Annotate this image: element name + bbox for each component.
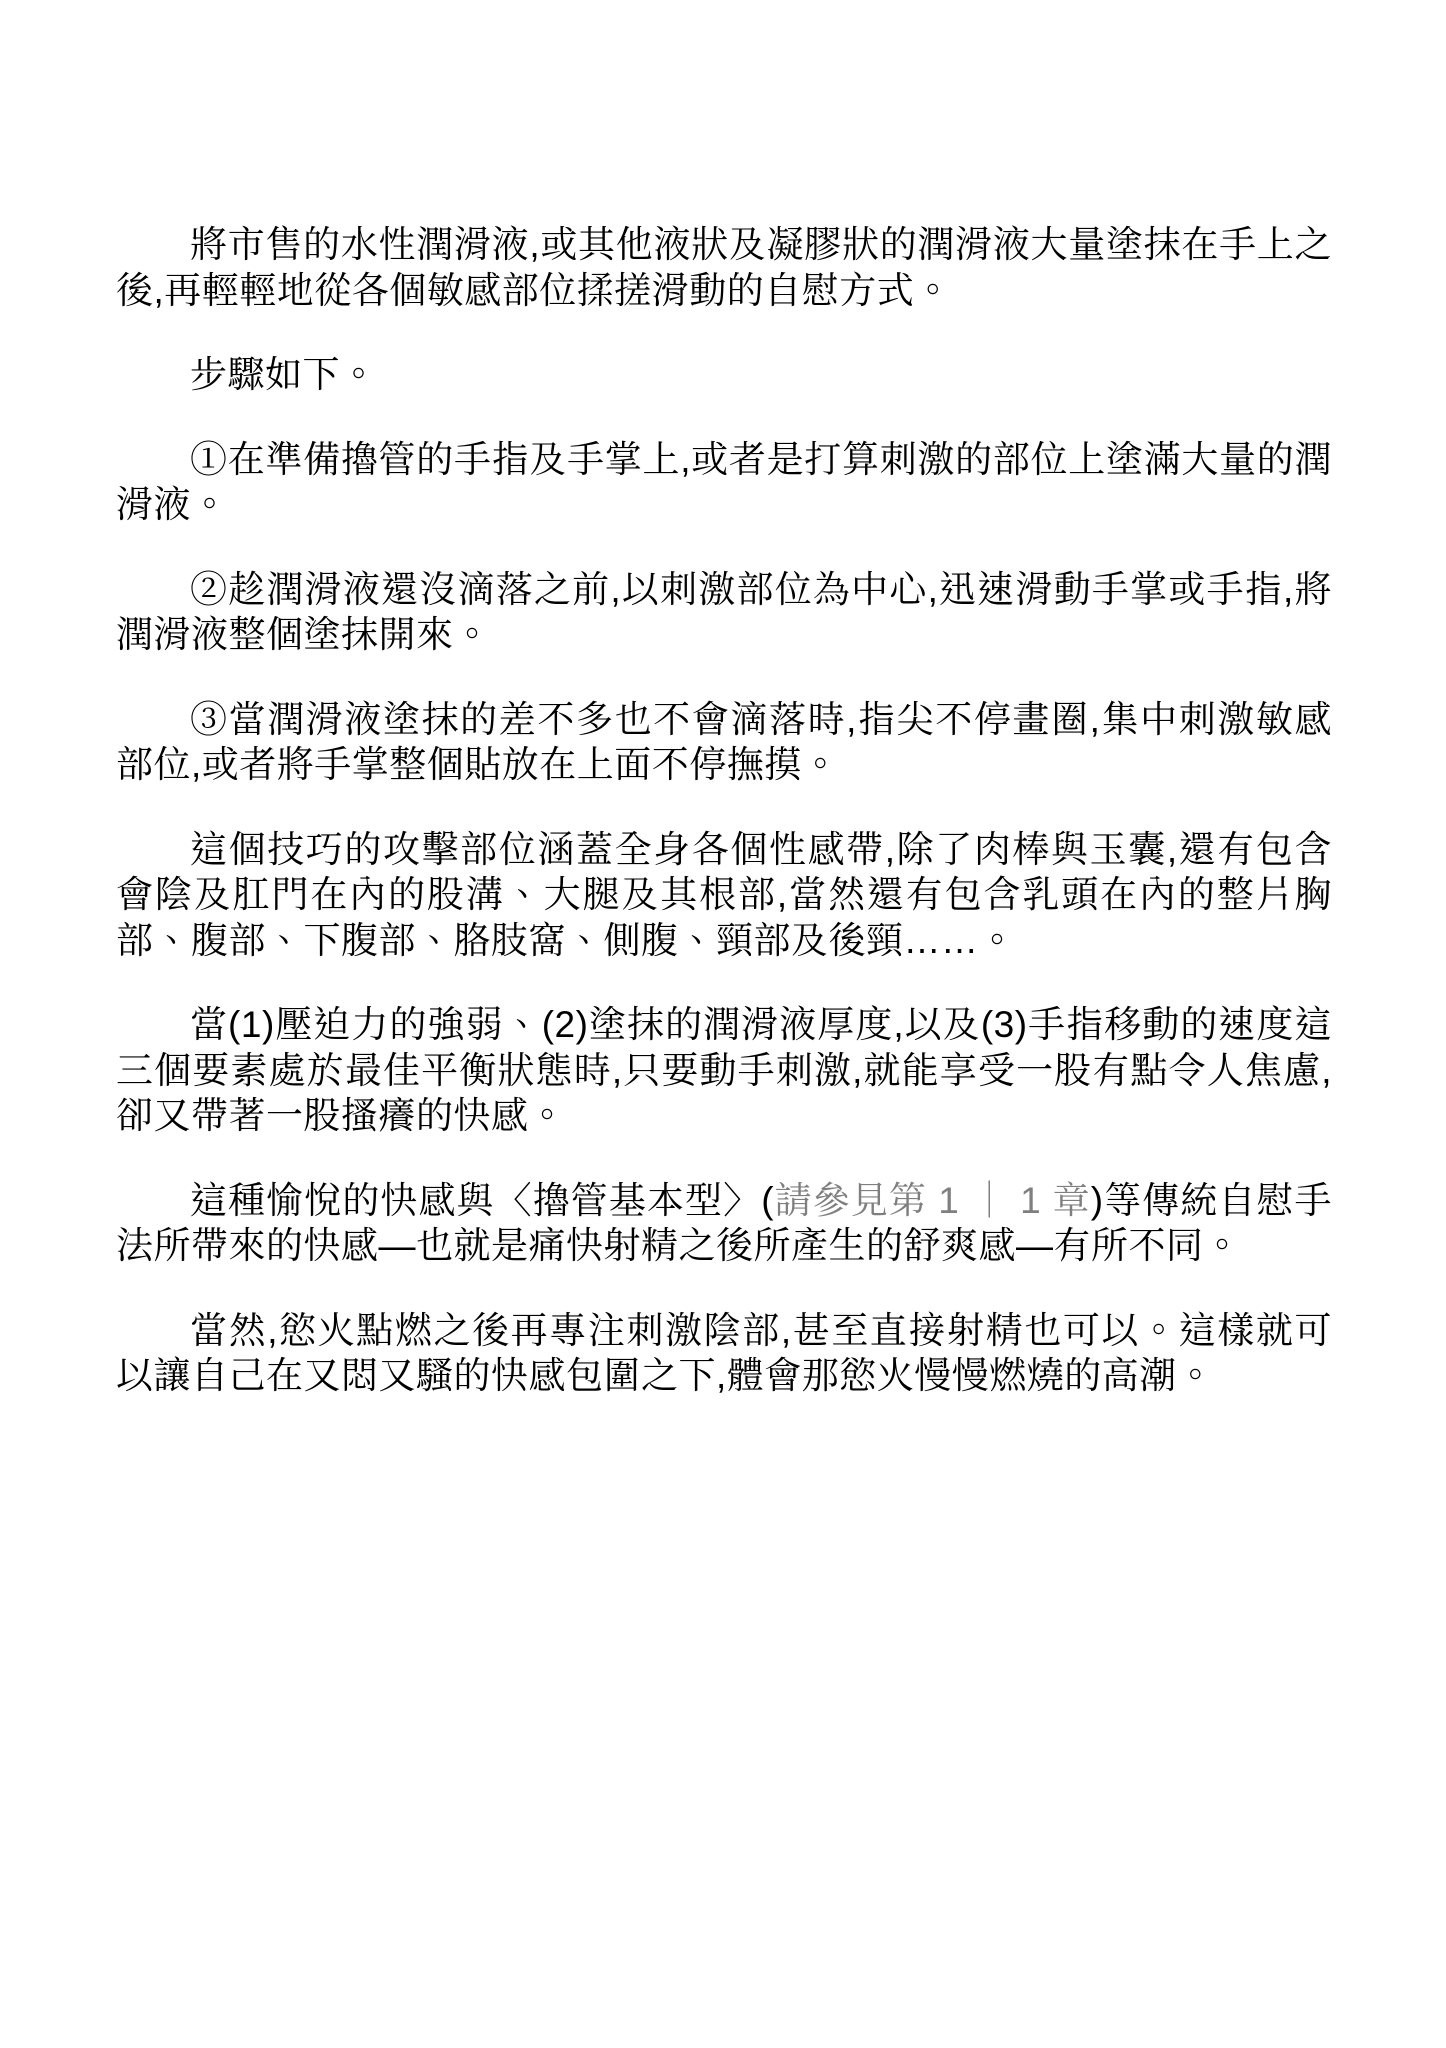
paragraph: 這種愉悅的快感與〈擼管基本型〉(請參見第 1 ｜ 1 章)等傳統自慰手法所帶來的… (116, 1178, 1332, 1269)
text-segment: 當(1)壓迫力的強弱、(2)塗抹的潤滑液厚度,以及(3)手指移動的速度這三個要素… (116, 1004, 1332, 1136)
text-segment: ②趁潤滑液還沒滴落之前,以刺激部位為中心,迅速滑動手掌或手指,將潤滑液整個塗抹開… (116, 569, 1332, 656)
text-segment: 這種愉悅的快感與〈擼管基本型〉( (190, 1180, 774, 1221)
paragraph: 當然,慾火點燃之後再專注刺激陰部,甚至直接射精也可以。這樣就可以讓自己在又悶又騷… (116, 1308, 1332, 1399)
paragraph: ①在準備擼管的手指及手掌上,或者是打算刺激的部位上塗滿大量的潤滑液。 (116, 437, 1332, 528)
text-segment: 當然,慾火點燃之後再專注刺激陰部,甚至直接射精也可以。這樣就可以讓自己在又悶又騷… (116, 1310, 1332, 1397)
text-segment: ①在準備擼管的手指及手掌上,或者是打算刺激的部位上塗滿大量的潤滑液。 (116, 439, 1332, 526)
paragraph: 當(1)壓迫力的強弱、(2)塗抹的潤滑液厚度,以及(3)手指移動的速度這三個要素… (116, 1002, 1332, 1139)
text-segment: 步驟如下。 (190, 354, 378, 395)
text-content: 將市售的水性潤滑液,或其他液狀及凝膠狀的潤滑液大量塗抹在手上之後,再輕輕地從各個… (0, 0, 1446, 1399)
paragraph: 步驟如下。 (116, 352, 1332, 398)
text-segment: 這個技巧的攻擊部位涵蓋全身各個性感帶,除了肉棒與玉囊,還有包含會陰及肛門在內的股… (116, 829, 1332, 961)
paragraph: ②趁潤滑液還沒滴落之前,以刺激部位為中心,迅速滑動手掌或手指,將潤滑液整個塗抹開… (116, 567, 1332, 658)
ebook-page: 將市售的水性潤滑液,或其他液狀及凝膠狀的潤滑液大量塗抹在手上之後,再輕輕地從各個… (0, 0, 1446, 2048)
text-segment: ③當潤滑液塗抹的差不多也不會滴落時,指尖不停畫圈,集中刺激敏感部位,或者將手掌整… (116, 699, 1332, 786)
paragraph: ③當潤滑液塗抹的差不多也不會滴落時,指尖不停畫圈,集中刺激敏感部位,或者將手掌整… (116, 697, 1332, 788)
paragraph: 將市售的水性潤滑液,或其他液狀及凝膠狀的潤滑液大量塗抹在手上之後,再輕輕地從各個… (116, 222, 1332, 313)
paragraph: 這個技巧的攻擊部位涵蓋全身各個性感帶,除了肉棒與玉囊,還有包含會陰及肛門在內的股… (116, 827, 1332, 964)
text-segment: 將市售的水性潤滑液,或其他液狀及凝膠狀的潤滑液大量塗抹在手上之後,再輕輕地從各個… (116, 224, 1332, 311)
chapter-reference: 請參見第 1 ｜ 1 章 (774, 1180, 1091, 1221)
